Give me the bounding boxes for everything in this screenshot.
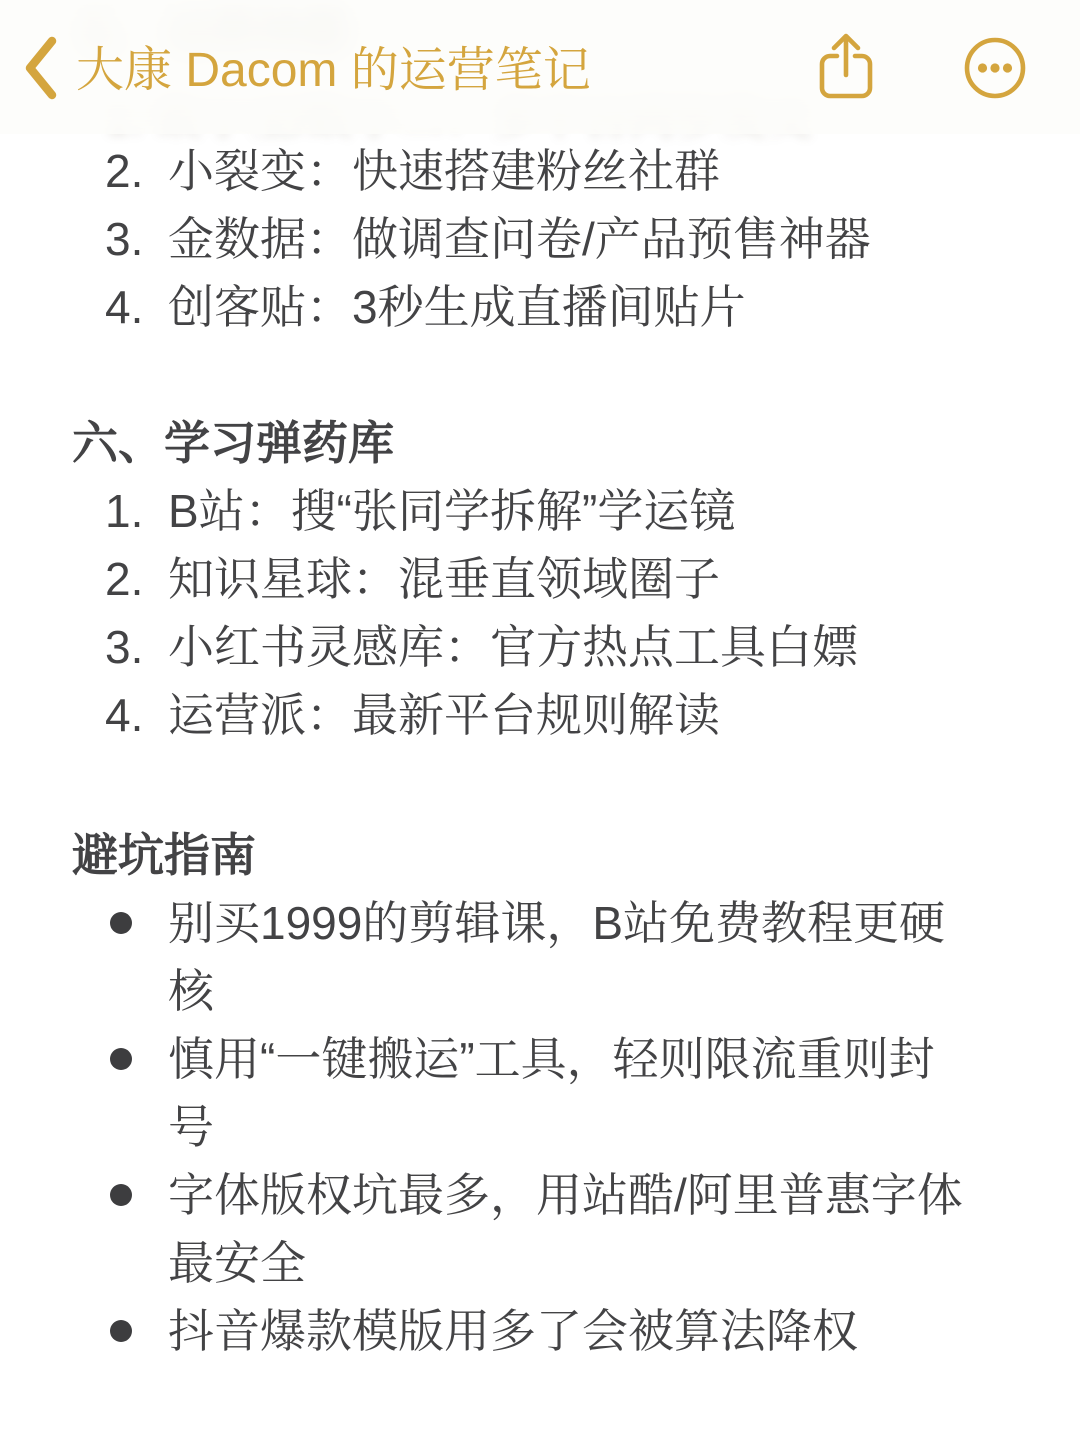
list-item-text: 运营派：最新平台规则解读 <box>168 681 720 749</box>
list-number: 2. <box>105 137 168 205</box>
list-item: 2. 小裂变：快速搭建粉丝社群 <box>0 137 1080 205</box>
bullet-text-wrap: 最安全 <box>0 1229 1080 1297</box>
bullet-text: 最安全 <box>168 1237 306 1289</box>
bullet-text-wrap: 号 <box>0 1093 1080 1161</box>
bullet-text: 抖音爆款模版用多了会被算法降权 <box>168 1297 858 1365</box>
bullet-item: 抖音爆款模版用多了会被算法降权 <box>0 1297 1080 1365</box>
section-heading: 六、学习弹药库 <box>0 409 1080 477</box>
list-item: 4. 创客贴：3秒生成直播间贴片 <box>0 273 1080 341</box>
bullet-text: 别买1999的剪辑课，B站免费教程更硬 <box>168 889 945 957</box>
list-number: 4. <box>105 273 168 341</box>
bullet-dot-icon <box>110 1320 132 1342</box>
list-item-text: 小红书灵感库：官方热点工具白嫖 <box>168 613 858 681</box>
list-item-text: B站：搜“张同学拆解”学运镜 <box>168 477 735 545</box>
list-number: 2. <box>105 545 168 613</box>
bullet-dot-icon <box>110 912 132 934</box>
bullet-text-wrap: 核 <box>0 957 1080 1025</box>
navigation-bar: 大康 Dacom 的运营笔记 <box>0 0 1080 134</box>
list-number: 3. <box>105 205 168 273</box>
list-item-text: 知识星球：混垂直领域圈子 <box>168 545 720 613</box>
more-options-button[interactable] <box>953 0 1033 134</box>
list-number: 1. <box>105 477 168 545</box>
list-item-text: 金数据：做调查问卷/产品预售神器 <box>168 205 871 273</box>
bullet-text: 号 <box>168 1101 214 1153</box>
blank-line <box>0 341 1080 409</box>
note-title[interactable]: 大康 Dacom 的运营笔记 <box>76 44 591 98</box>
bullet-text: 慎用“一键搬运”工具，轻则限流重则封 <box>168 1025 935 1093</box>
list-item-text: 小裂变：快速搭建粉丝社群 <box>168 137 720 205</box>
list-item: 1. B站：搜“张同学拆解”学运镜 <box>0 477 1080 545</box>
bullet-item: 字体版权坑最多，用站酷/阿里普惠字体 <box>0 1161 1080 1229</box>
section-heading: 避坑指南 <box>0 821 1080 889</box>
ellipsis-circle-icon <box>963 36 1027 100</box>
share-icon <box>816 30 876 102</box>
bullet-dot-icon <box>110 1184 132 1206</box>
list-item: 2. 知识星球：混垂直领域圈子 <box>0 545 1080 613</box>
notes-app-screen: 五、运营神器 1. 蚁小宝/蚁小二：多平台同步发文 大康 Dacom 的运营笔记 <box>0 0 1080 1440</box>
bullet-text: 核 <box>168 965 214 1017</box>
list-number: 3. <box>105 613 168 681</box>
bullet-text: 字体版权坑最多，用站酷/阿里普惠字体 <box>168 1161 963 1229</box>
bullet-dot-icon <box>110 1048 132 1070</box>
list-item: 3. 小红书灵感库：官方热点工具白嫖 <box>0 613 1080 681</box>
back-chevron-icon <box>22 36 58 100</box>
share-button[interactable] <box>806 0 886 134</box>
blank-line <box>0 749 1080 821</box>
bullet-item: 别买1999的剪辑课，B站免费教程更硬 <box>0 889 1080 957</box>
list-item: 4. 运营派：最新平台规则解读 <box>0 681 1080 749</box>
list-number: 4. <box>105 681 168 749</box>
bullet-item: 慎用“一键搬运”工具，轻则限流重则封 <box>0 1025 1080 1093</box>
list-item-text: 创客贴：3秒生成直播间贴片 <box>168 273 746 341</box>
list-item: 3. 金数据：做调查问卷/产品预售神器 <box>0 205 1080 273</box>
note-editor-area[interactable]: 2. 小裂变：快速搭建粉丝社群 3. 金数据：做调查问卷/产品预售神器 4. 创… <box>0 137 1080 1365</box>
